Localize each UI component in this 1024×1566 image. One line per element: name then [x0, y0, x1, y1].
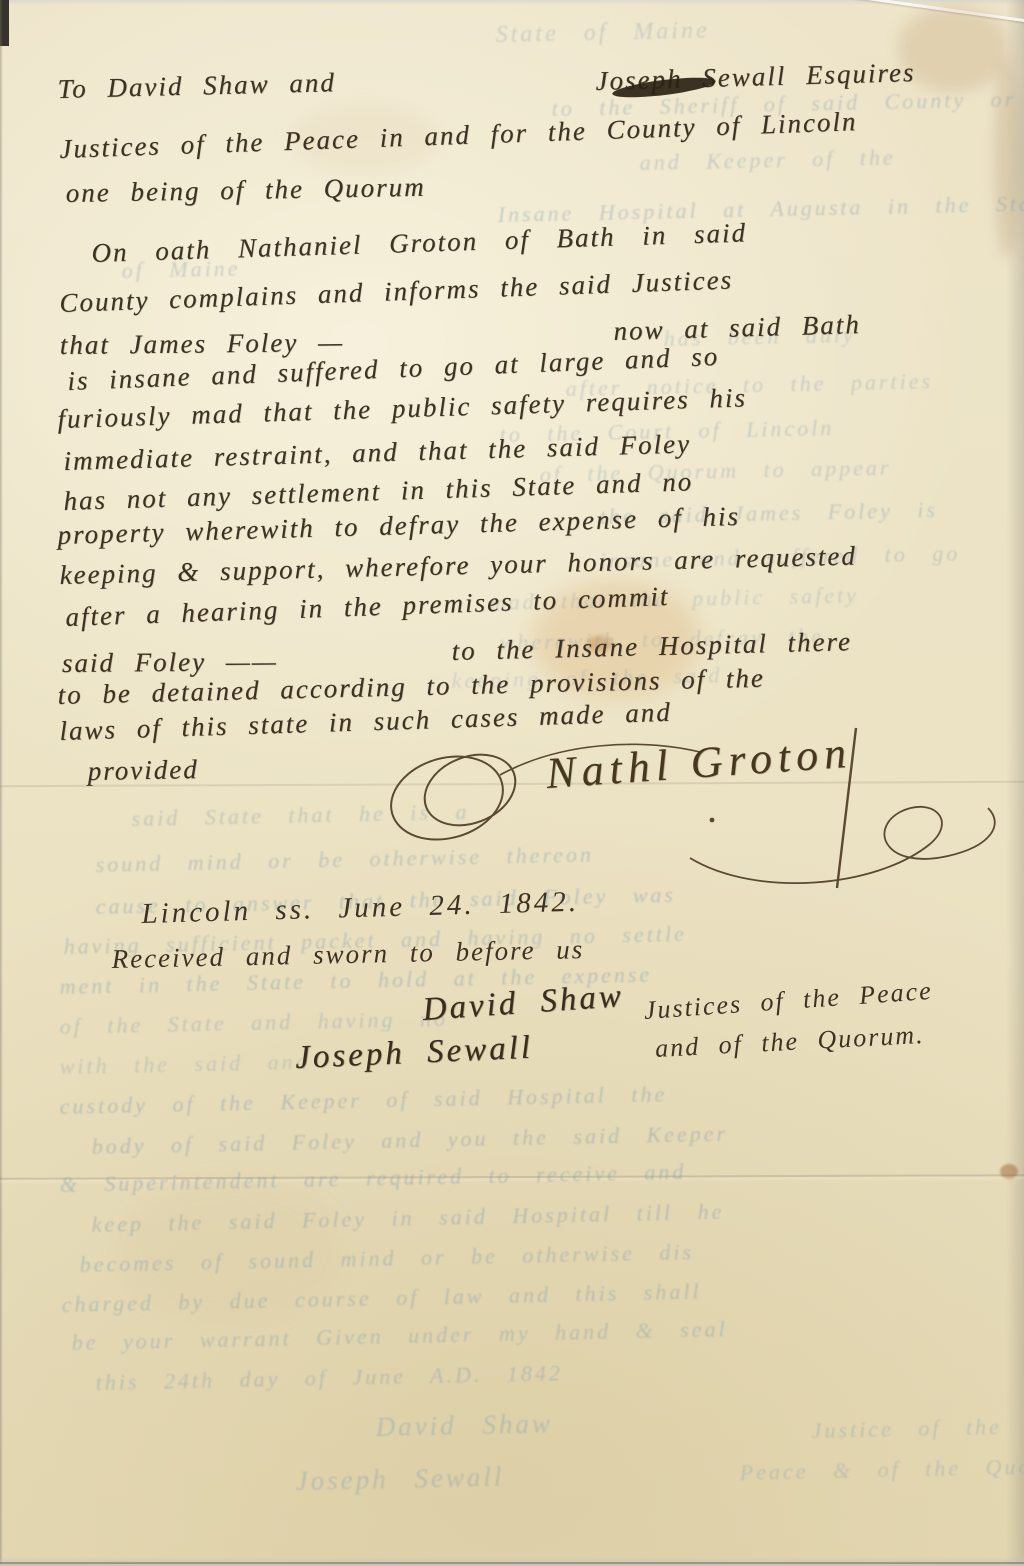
- bleedthrough-line: Joseph Sewall: [295, 1462, 504, 1497]
- bleedthrough-line: with the said and: [59, 1049, 309, 1080]
- bleedthrough-line: David Shaw: [375, 1408, 553, 1443]
- bleedthrough-line: and Keeper of the: [639, 145, 896, 176]
- manuscript-line: that James Foley —: [60, 327, 345, 361]
- manuscript-line: one being of the Quorum: [65, 172, 425, 209]
- bleedthrough-line: State of Maine: [495, 18, 709, 49]
- scan-edge-bottom-line: [0, 1562, 1024, 1564]
- manuscript-line: said Foley ——: [62, 646, 278, 679]
- scan-edge-top: [0, 0, 1024, 5]
- bleedthrough-line: Justice of the: [811, 1414, 1002, 1444]
- scan-edge-right: [1006, 0, 1024, 1566]
- manuscript-line: provided: [87, 754, 199, 787]
- scan-edge-left: [0, 0, 3, 1566]
- scanned-document-page: State of Maineto the Sheriff of said Cou…: [0, 0, 1024, 1566]
